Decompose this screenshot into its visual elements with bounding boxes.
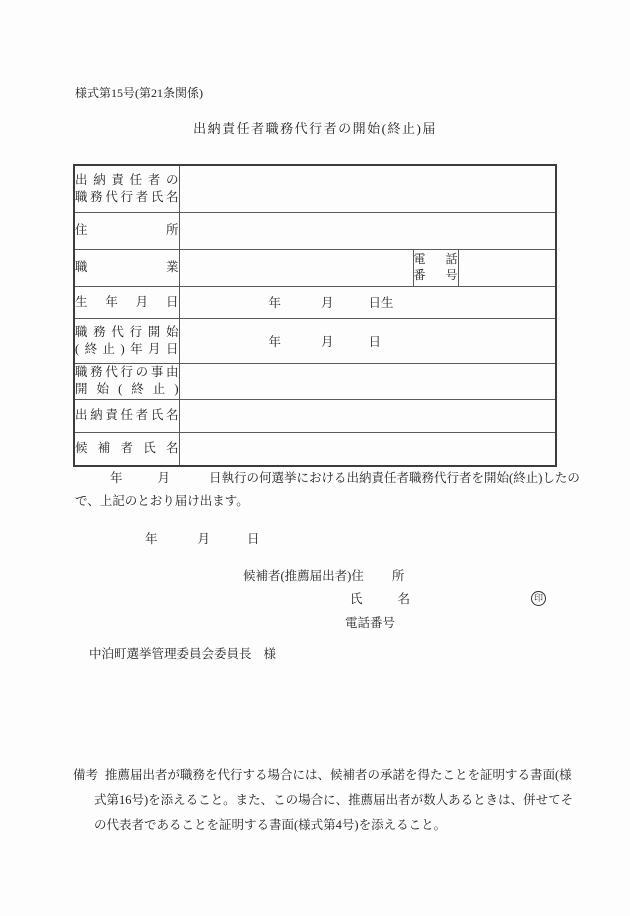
proxy-reason-label-cell: 職務代行の事由 開始(終止) (74, 363, 179, 399)
form-number-label: 様式第15号(第21条関係) (75, 86, 203, 100)
candidate-name-value-cell (179, 432, 556, 466)
note-line: の代表者であることを証明する書面(様式第4号)を添えること。 (94, 813, 573, 838)
proxy-day-placeholder: 日 (369, 335, 382, 349)
proxy-reason-label-line2: 開始(終止) (75, 381, 179, 398)
name-label-right: 名 (398, 592, 411, 606)
addressee-honorific: 様 (264, 647, 277, 661)
submission-date-line: 年月日 (73, 532, 260, 547)
table-row: 生年月日 年月日生 (74, 286, 556, 318)
birth-date-label: 生年月日 (75, 294, 179, 311)
treasurer-name-label-cell: 出納責任者氏名 (74, 399, 179, 432)
note-line: 式第16号)を添えること。また、この場合に、推薦届出者が数人あるときは、併せてそ (94, 788, 573, 813)
address-value-cell (179, 212, 556, 249)
table-row: 出納責任者の 職務代行者氏名 (74, 165, 556, 212)
birth-year-placeholder: 年 (269, 296, 282, 310)
seal-stamp-icon: 印 (531, 591, 546, 606)
occupation-label-cell: 職業 (74, 249, 179, 286)
phone-label-line1: 電話 (414, 252, 458, 268)
candidate-name-label: 候補者氏名 (75, 440, 179, 457)
occupation-value-cell (179, 249, 413, 286)
proxy-date-label-line2: (終止)年月日 (75, 341, 179, 358)
proxy-reason-label-line1: 職務代行の事由 (75, 364, 179, 381)
table-row: 住所 (74, 212, 556, 249)
table-row: 職務代行の事由 開始(終止) (74, 363, 556, 399)
treasurer-name-value-cell (179, 399, 556, 432)
declaration-line-2: で、上記のとおり届け出ます。 (75, 494, 249, 509)
notes-block: 推薦届出者が職務を代行する場合には、候補者の承諾を得たことを証明する書面(様 式… (94, 763, 573, 838)
proxy-month-placeholder: 月 (321, 335, 334, 349)
treasurer-name-label: 出納責任者氏名 (75, 407, 179, 424)
table-row: 出納責任者氏名 (74, 399, 556, 432)
declaration-line-1: 年月日執行の何選挙における出納責任者職務代行者を開始(終止)したの (73, 471, 580, 486)
declaration-text: 日執行の何選挙における出納責任者職務代行者を開始(終止)したの (209, 471, 580, 485)
candidate-prefix-label: 候補者(推薦届出者) (243, 569, 351, 583)
table-row: 職業 電話 番号 (74, 249, 556, 286)
declaration-year-placeholder: 年 (110, 471, 123, 485)
declaration-month-placeholder: 月 (158, 471, 171, 485)
proxy-date-label-line1: 職務代行開始 (75, 324, 179, 341)
phone-number-label-cell: 電話 番号 (413, 249, 458, 286)
birth-date-value-cell: 年月日生 (179, 286, 556, 318)
note-line: 推薦届出者が職務を代行する場合には、候補者の承諾を得たことを証明する書面(様 (94, 763, 573, 788)
proxy-reason-value-cell (179, 363, 556, 399)
phone-number-value-cell (458, 249, 556, 286)
submission-year-placeholder: 年 (145, 532, 158, 546)
candidate-name-label-cell: 候補者氏名 (74, 432, 179, 466)
birth-day-placeholder: 日生 (369, 296, 394, 310)
deputy-name-value-cell (179, 165, 556, 212)
occupation-label: 職業 (75, 259, 179, 276)
submission-day-placeholder: 日 (247, 532, 260, 546)
signature-name-line: 氏名 (350, 592, 410, 607)
address-label-left: 住 (351, 569, 364, 583)
form-title: 出納責任者職務代行者の開始(終止)届 (0, 121, 630, 137)
form-page: 様式第15号(第21条関係) 出納責任者職務代行者の開始(終止)届 出納責任者の… (0, 0, 630, 916)
submission-month-placeholder: 月 (198, 532, 211, 546)
addressee-name: 中泊町選挙管理委員会委員長 (89, 647, 252, 661)
address-label-cell: 住所 (74, 212, 179, 249)
phone-label-line2: 番号 (414, 268, 458, 284)
birth-month-placeholder: 月 (321, 296, 334, 310)
deputy-name-label-line1: 出納責任者の (75, 172, 179, 189)
signature-address-line: 候補者(推薦届出者)住所 (243, 569, 404, 584)
deputy-name-label-line2: 職務代行者氏名 (75, 189, 179, 206)
proxy-year-placeholder: 年 (269, 335, 282, 349)
addressee-line: 中泊町選挙管理委員会委員長様 (89, 647, 276, 662)
proxy-date-label-cell: 職務代行開始 (終止)年月日 (74, 318, 179, 363)
address-label-right: 所 (392, 569, 405, 583)
deputy-name-label-cell: 出納責任者の 職務代行者氏名 (74, 165, 179, 212)
birth-date-label-cell: 生年月日 (74, 286, 179, 318)
name-label-left: 氏 (350, 592, 363, 606)
signature-phone-label: 電話番号 (345, 616, 395, 631)
table-row: 候補者氏名 (74, 432, 556, 466)
proxy-date-value-cell: 年月日 (179, 318, 556, 363)
address-label: 住所 (75, 222, 179, 239)
table-row: 職務代行開始 (終止)年月日 年月日 (74, 318, 556, 363)
treasurer-deputy-table: 出納責任者の 職務代行者氏名 住所 職業 電話 番号 生年月日 (73, 164, 557, 467)
